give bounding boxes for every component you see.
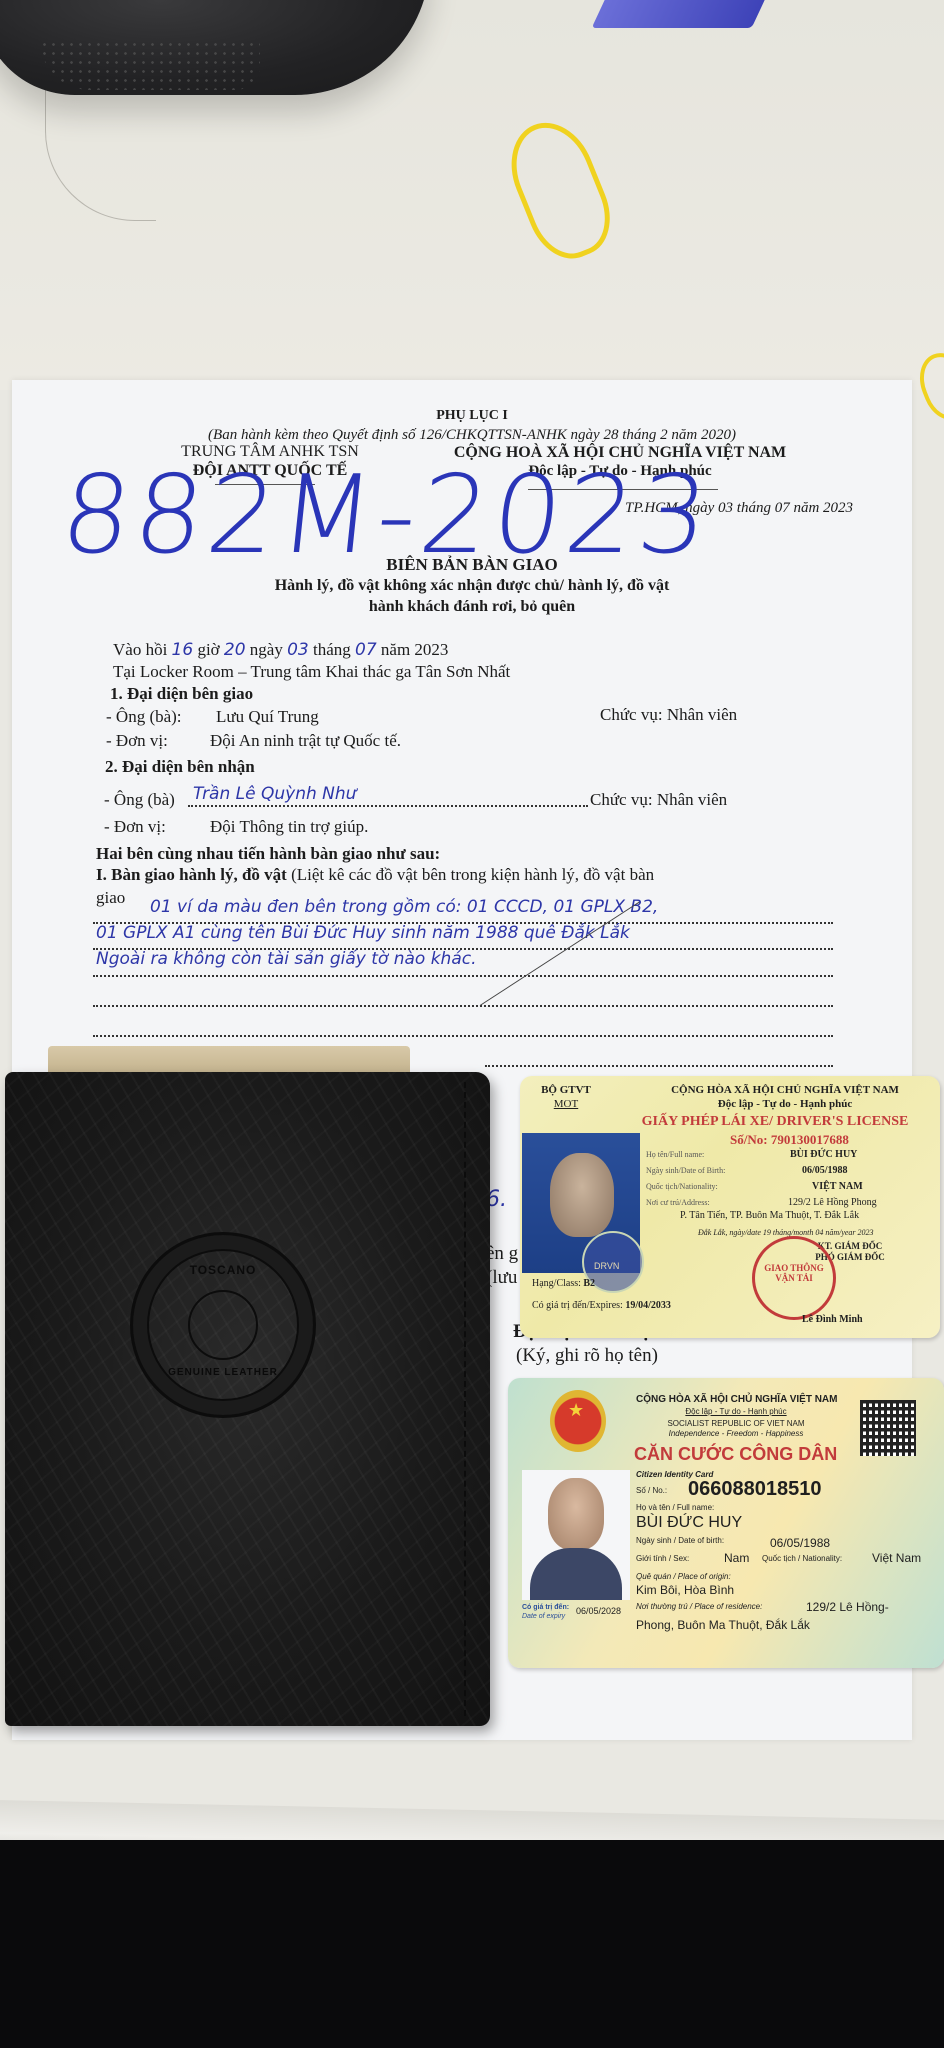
giver-name-label: - Ông (bà): (106, 708, 182, 727)
id-residence-1: 129/2 Lê Hồng- (806, 1600, 889, 1614)
item-line-1: 01 ví da màu đen bên trong gồm có: 01 CC… (150, 898, 658, 917)
license-motto: Độc lập - Tự do - Hạnh phúc (630, 1098, 940, 1110)
hour-value: 16 (172, 640, 194, 660)
appendix-label: PHỤ LỤC I (0, 408, 944, 423)
id-number: 066088018510 (688, 1478, 821, 1501)
star-icon: ★ (568, 1400, 584, 1421)
id-sex: Nam (724, 1551, 749, 1565)
giver-unit: Đội An ninh trật tự Quốc tế. (210, 732, 401, 751)
license-photo: DRVN (522, 1133, 640, 1273)
license-dob: 06/05/1988 (802, 1165, 848, 1176)
license-title: GIẤY PHÉP LÁI XE/ DRIVER'S LICENSE (610, 1114, 940, 1130)
receiver-name-handwritten: Trần Lê Quỳnh Như (193, 785, 356, 804)
minute-value: 20 (224, 640, 246, 660)
wallet-brand: TOSCANO (133, 1263, 313, 1277)
dotted-line (93, 1005, 833, 1007)
national-emblem-icon: ★ (550, 1390, 606, 1452)
face (550, 1153, 614, 1237)
receiver-name-label: - Ông (bà) (104, 791, 175, 810)
license-agency-en: MOT (526, 1098, 606, 1110)
section-receiver-title: 2. Đại diện bên nhận (105, 758, 255, 777)
item-line-3: Ngoài ra không còn tài sản giấy tờ nào k… (96, 950, 477, 969)
license-address-2: P. Tân Tiến, TP. Buôn Ma Thuột, T. Đắk L… (680, 1210, 859, 1221)
items-note-2: giao (96, 889, 125, 908)
license-agency: BỘ GTVT (526, 1084, 606, 1096)
form-title: BIÊN BẢN BÀN GIAO (0, 556, 944, 575)
license-class-line: Hạng/Class: B2 (532, 1278, 595, 1289)
drivers-license: BỘ GTVT MOT CỘNG HÒA XÃ HỘI CHỦ NGHĨA VI… (520, 1076, 940, 1338)
receiver-position: Chức vụ: Nhân viên (590, 791, 727, 810)
day-value: 03 (287, 640, 309, 660)
id-dob: 06/05/1988 (770, 1536, 830, 1550)
item-line-2: 01 GPLX A1 cùng tên Bùi Đức Huy sinh năm… (96, 924, 630, 943)
partial-text: ên g (486, 1244, 518, 1265)
mouse-grip (40, 40, 260, 90)
license-nationality: VIỆT NAM (812, 1181, 863, 1192)
signature-note: (Ký, ghi rõ họ tên) (516, 1346, 658, 1367)
elephant-icon (188, 1290, 258, 1360)
qr-code (860, 1400, 916, 1456)
receiver-unit: Đội Thông tin trợ giúp. (210, 818, 368, 837)
handwritten-case-number: 882M-2023 (56, 462, 717, 570)
wallet-tagline: GENUINE LEATHER (133, 1367, 313, 1378)
wallet-stitching (464, 1082, 466, 1716)
id-residence-2: Phong, Buôn Ma Thuột, Đắk Lắk (636, 1618, 810, 1632)
time-line: Vào hồi 16 giờ 20 ngày 03 tháng 07 năm 2… (113, 641, 448, 660)
license-number: 790130017688 (771, 1132, 849, 1147)
official-stamp: GIAO THÔNG VẬN TẢI (752, 1236, 836, 1320)
agreement-line: Hai bên cùng nhau tiến hành bàn giao như… (96, 845, 440, 864)
giver-unit-label: - Đơn vị: (106, 732, 168, 751)
license-expiry-line: Có giá trị đến/Expires: 19/04/2033 (532, 1300, 671, 1311)
id-origin: Kim Bôi, Hòa Bình (636, 1583, 734, 1597)
wallet-brand-emblem: TOSCANO GENUINE LEATHER (130, 1232, 316, 1418)
receiver-unit-label: - Đơn vị: (104, 818, 166, 837)
section-giver-title: 1. Đại diện bên giao (110, 685, 253, 704)
dotted-line (93, 1035, 833, 1037)
face (548, 1478, 604, 1550)
dotted-line (485, 1065, 833, 1067)
license-expiry: 19/04/2033 (625, 1300, 671, 1311)
id-name: BÙI ĐỨC HUY (636, 1514, 742, 1532)
shirt (530, 1548, 622, 1600)
id-nationality: Việt Nam (872, 1551, 921, 1565)
dotted-line (188, 805, 588, 807)
dotted-line (93, 975, 833, 977)
license-number-line: Số/No: 790130017688 (730, 1132, 849, 1148)
form-subtitle-1: Hành lý, đồ vật không xác nhận được chủ/… (0, 577, 944, 595)
form-subtitle-2: hành khách đánh rơi, bỏ quên (0, 598, 944, 616)
decree-line: (Ban hành kèm theo Quyết định số 126/CHK… (0, 427, 944, 444)
license-class: B2 (583, 1278, 595, 1289)
license-address-1: 129/2 Lê Hồng Phong (788, 1197, 877, 1208)
license-signer: Lê Đình Minh (802, 1314, 863, 1325)
items-heading-line: I. Bàn giao hành lý, đồ vật (Liệt kê các… (96, 866, 654, 885)
month-value: 07 (355, 640, 377, 660)
partial-text: (lưu (486, 1268, 517, 1289)
id-expiry: 06/05/2028 (576, 1606, 621, 1616)
citizen-id-card: ★ CỘNG HÒA XÃ HỘI CHỦ NGHĨA VIỆT NAM Độc… (508, 1378, 944, 1668)
dark-background (0, 1840, 944, 2048)
location-line: Tại Locker Room – Trung tâm Khai thác ga… (113, 663, 510, 682)
id-nation: CỘNG HÒA XÃ HỘI CHỦ NGHĨA VIỆT NAM (636, 1394, 837, 1405)
giver-position: Chức vụ: Nhân viên (600, 706, 737, 725)
id-photo (522, 1470, 630, 1600)
license-name: BÙI ĐỨC HUY (790, 1149, 857, 1160)
blue-object (592, 0, 769, 28)
license-nation: CỘNG HÒA XÃ HỘI CHỦ NGHĨA VIỆT NAM (630, 1084, 940, 1096)
giver-name: Lưu Quí Trung (216, 708, 319, 727)
id-title: CĂN CƯỚC CÔNG DÂN (634, 1444, 837, 1465)
